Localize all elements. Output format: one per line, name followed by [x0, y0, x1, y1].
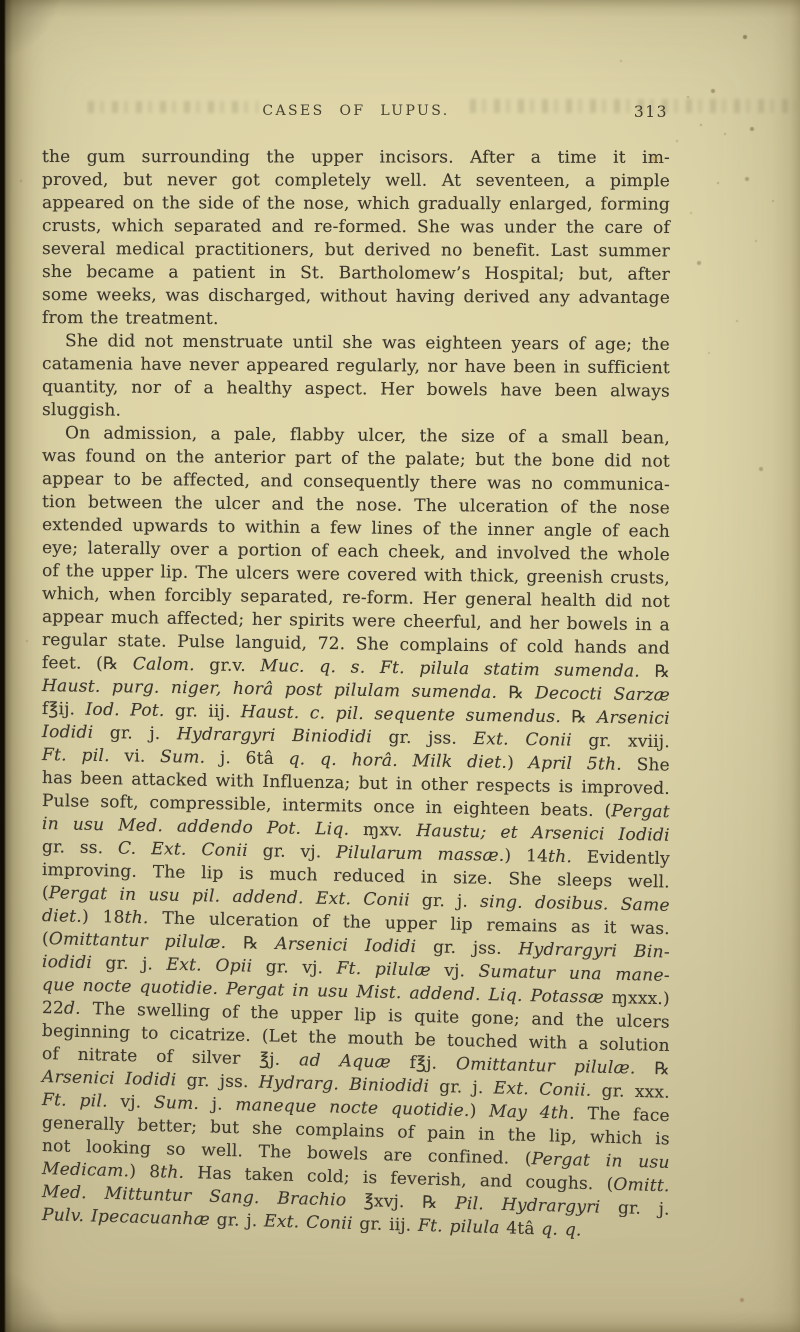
- foxing-specks: [0, 0, 2, 2]
- text-line: proved, but never got completely well. A…: [42, 169, 670, 193]
- text-line: the gum surrounding the upper incisors. …: [42, 146, 670, 170]
- text-line: some weeks, was discharged, without havi…: [42, 284, 670, 310]
- stain-spot: [650, 155, 660, 163]
- text-line: from the treatment.: [42, 307, 670, 333]
- book-page: CASES OF LUPUS. 313 the gum surrounding …: [0, 0, 800, 1332]
- running-title: CASES OF LUPUS.: [42, 103, 670, 119]
- text-line: several medical practitioners, but deriv…: [42, 238, 670, 263]
- text-line: appeared on the side of the nose, which …: [42, 192, 670, 217]
- page-number: 313: [634, 103, 668, 121]
- page-header: CASES OF LUPUS. 313: [42, 103, 670, 125]
- text-line: she became a patient in St. Bartholomew’…: [42, 261, 670, 287]
- text-line: crusts, which separated and re-formed. S…: [42, 215, 670, 240]
- body-text: the gum surrounding the upper incisors. …: [42, 146, 670, 1227]
